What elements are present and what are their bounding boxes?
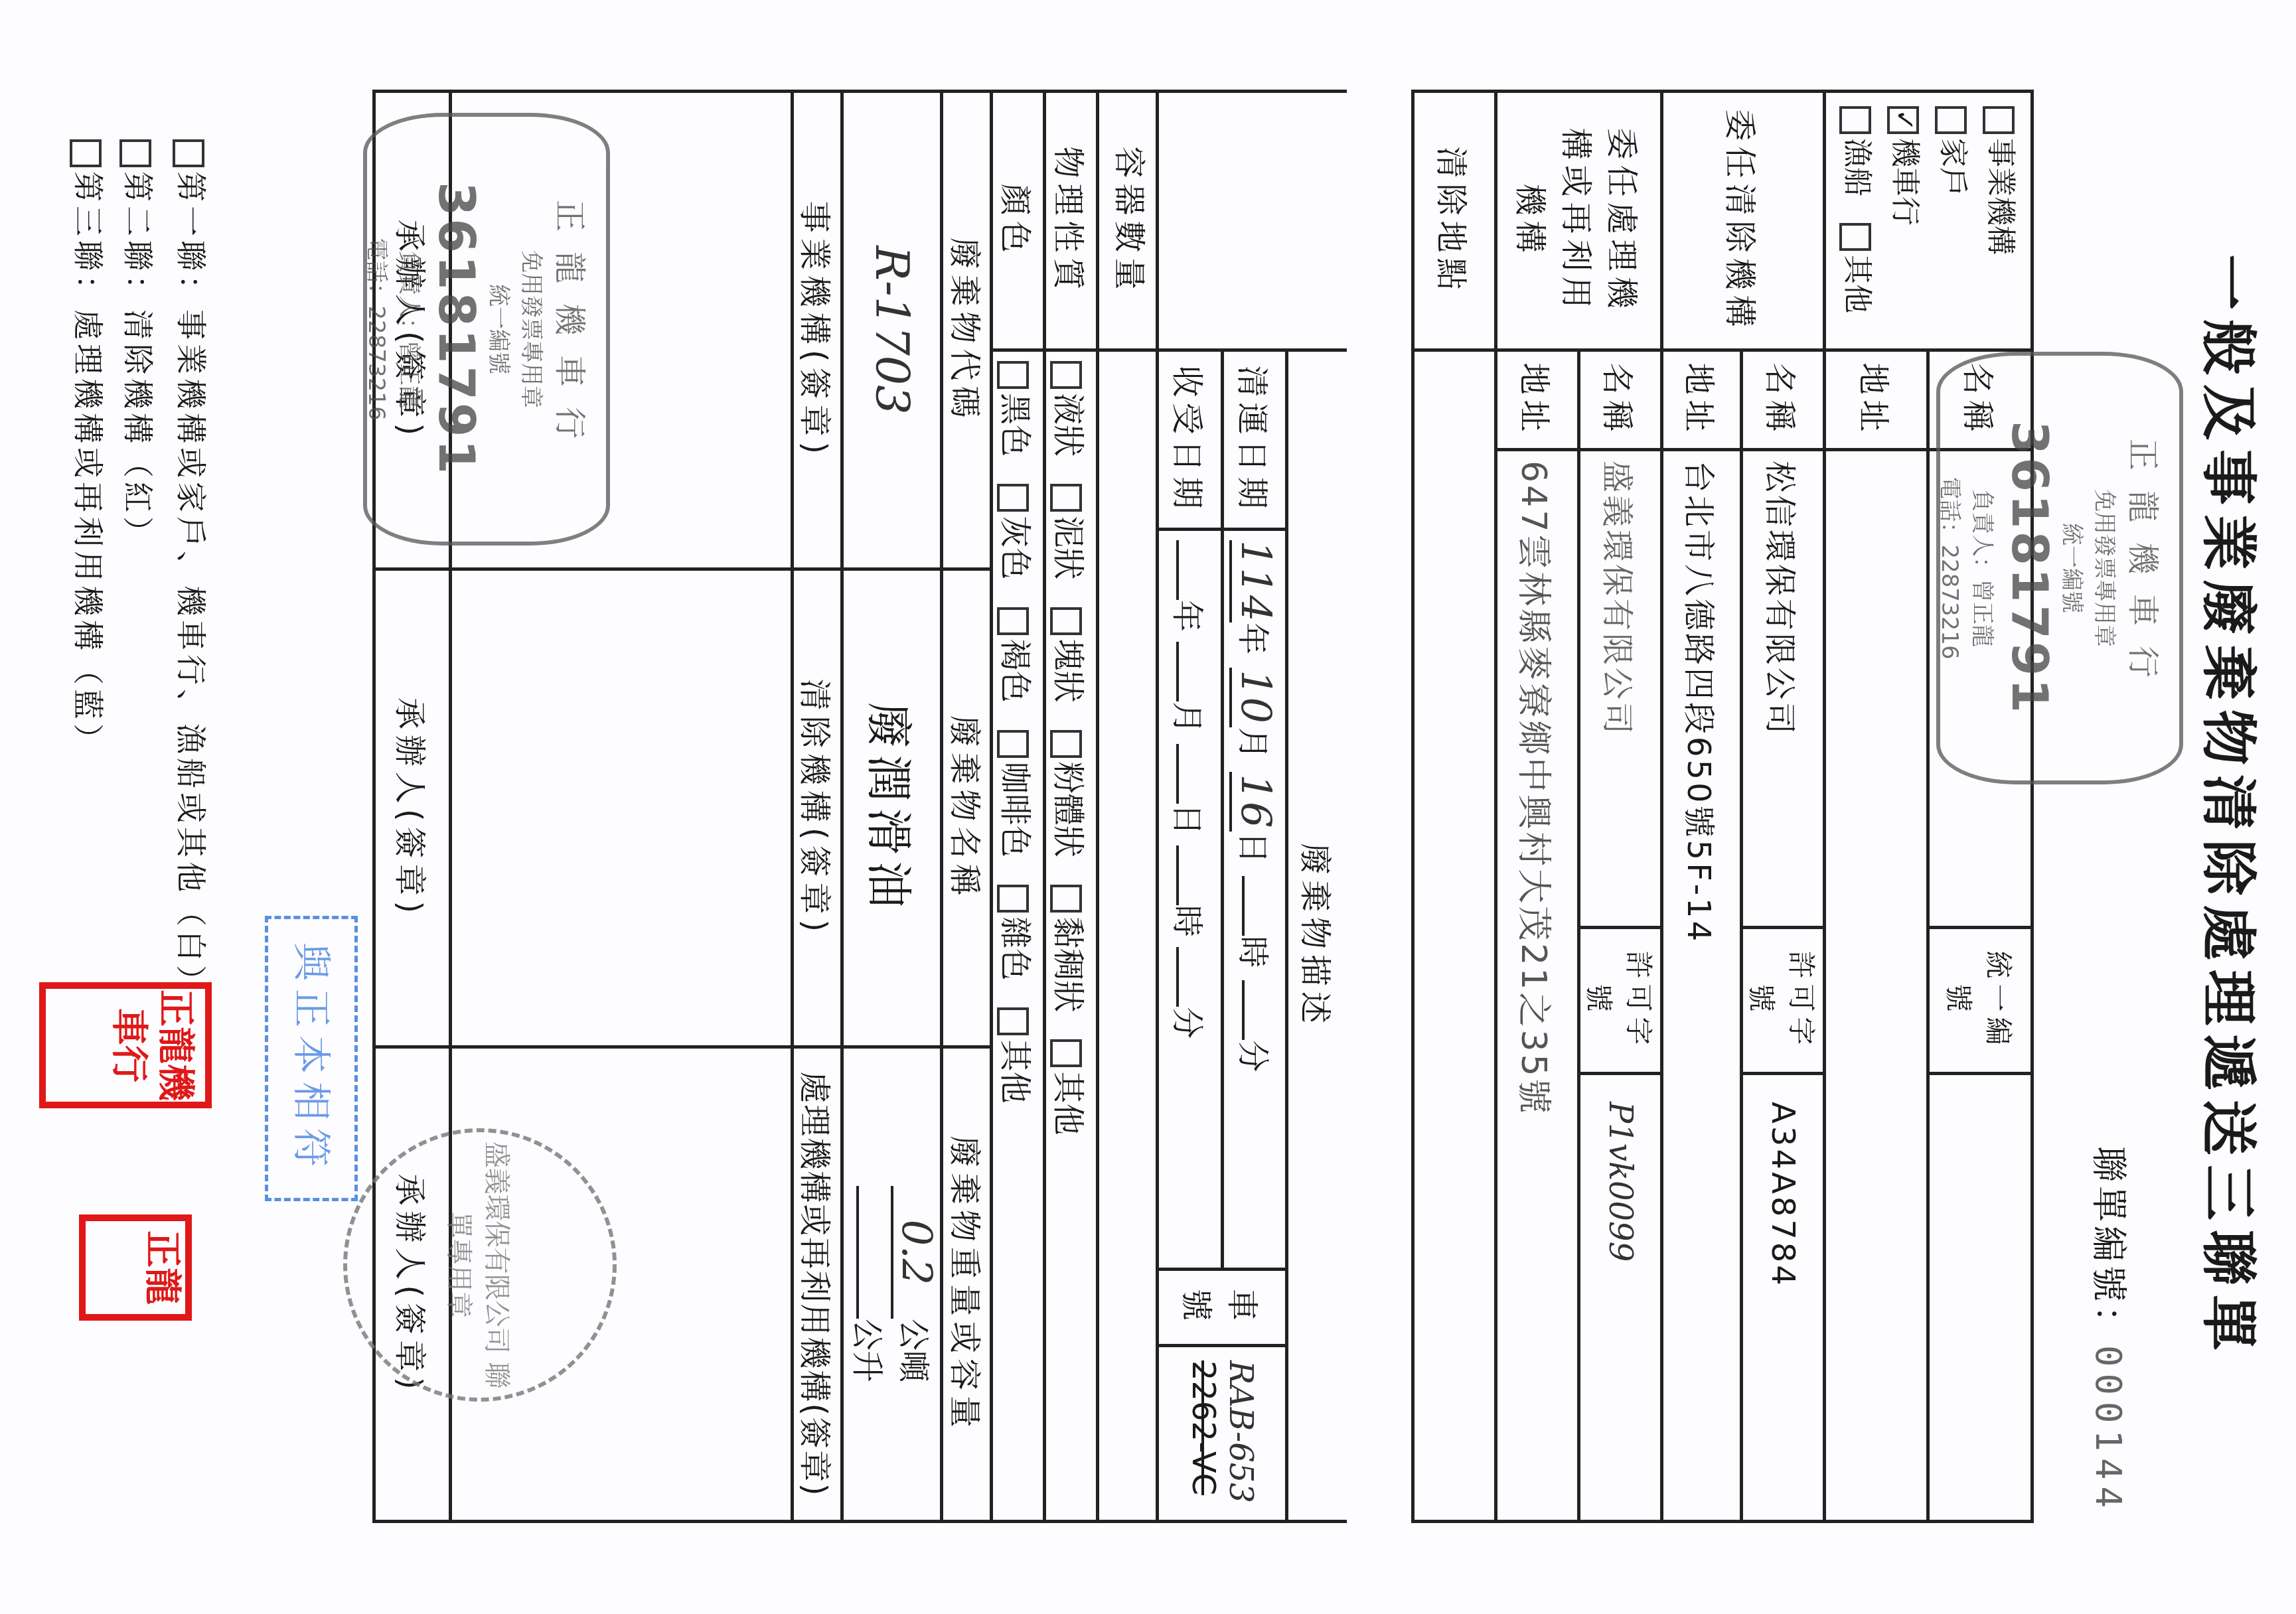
generator-type-cell: 事業機構 家戶 ✓機車行 漁船 其他 bbox=[1825, 92, 2032, 350]
generator-option-household[interactable]: 家戶 bbox=[1936, 106, 1969, 196]
shop-stamp-generator: 正龍機車行 免用發票專用章 統一編號 36181791 負責人：曾正龍 電話：2… bbox=[363, 113, 610, 546]
cleaner-signature-label: 清除機構(簽章) bbox=[793, 569, 842, 1047]
waste-desc-header: 廢棄物描述 bbox=[1287, 350, 1347, 1522]
blank-left bbox=[1158, 92, 1347, 350]
color-option[interactable]: 褐色 bbox=[997, 607, 1034, 703]
color-option[interactable]: 咖啡色 bbox=[997, 730, 1034, 857]
generator-address-field[interactable] bbox=[1825, 450, 1929, 1522]
waste-weight-label: 廢棄物重量或容量 bbox=[942, 1047, 992, 1522]
generator-uid-label: 統一編號 bbox=[1928, 928, 2032, 1074]
checkbox[interactable] bbox=[1935, 106, 1967, 134]
physical-option[interactable]: 泥狀 bbox=[1050, 484, 1087, 579]
cleaner-signature-area[interactable] bbox=[451, 569, 793, 1047]
recv-date-field[interactable]: 年 月 日 時 分 bbox=[1158, 530, 1223, 1270]
generator-option-business[interactable]: 事業機構 bbox=[1983, 106, 2017, 255]
physical-label: 物理性質 bbox=[1045, 92, 1098, 350]
cleaner-name-label: 名稱 bbox=[1742, 350, 1825, 450]
copy-2-note: 第二聯：清除機構（紅） bbox=[118, 139, 162, 551]
physical-option[interactable]: 其他 bbox=[1050, 1039, 1087, 1135]
waste-weight-field[interactable]: 0.2公噸 公升 bbox=[842, 1047, 942, 1522]
plate-cell: 車號 RAB-653 2262-VC bbox=[1158, 1270, 1287, 1522]
waste-attributes-table: 容器數量 物理性質 液狀 泥狀 塊狀 粉體狀 黏稠狀 其他 顏色 黑色 灰色 褐… bbox=[990, 90, 1165, 1523]
checkbox[interactable] bbox=[1839, 223, 1871, 251]
color-option[interactable]: 灰色 bbox=[997, 484, 1034, 579]
physical-option[interactable]: 黏稠狀 bbox=[1050, 885, 1087, 1012]
processor-name-value[interactable]: 盛義環保有限公司 bbox=[1579, 450, 1662, 928]
physical-option[interactable]: 粉體狀 bbox=[1050, 730, 1087, 857]
clear-date-field[interactable]: 114年 10月 16日 時 分 bbox=[1223, 530, 1288, 1270]
checkbox[interactable] bbox=[1839, 106, 1871, 134]
physical-option[interactable]: 塊狀 bbox=[1050, 607, 1087, 703]
clear-location-field[interactable] bbox=[1413, 350, 1496, 1522]
copy-3-note: 第三聯：處理機構或再利用機構（藍） bbox=[68, 139, 112, 758]
processor-round-seal: 盛義環保有限公司 聯單專用章 bbox=[343, 1128, 617, 1402]
processor-name-label: 名稱 bbox=[1579, 350, 1662, 450]
physical-options: 液狀 泥狀 塊狀 粉體狀 黏稠狀 其他 bbox=[1045, 350, 1098, 1522]
red-seal-shop: 正龍機車行 bbox=[39, 982, 212, 1108]
generator-option-fishing-boat[interactable]: 漁船 bbox=[1840, 106, 1874, 196]
generator-option-motorshop[interactable]: ✓機車行 bbox=[1888, 106, 1922, 226]
recv-date-label: 收受日期 bbox=[1158, 350, 1223, 530]
plate-field[interactable]: RAB-653 2262-VC bbox=[1160, 1347, 1286, 1520]
form-title: 一般及事業廢棄物清除處理遞送三聯單 bbox=[2192, 0, 2273, 1614]
cleaner-section-label: 委任清除機構 bbox=[1662, 92, 1825, 350]
clear-date-label: 清運日期 bbox=[1223, 350, 1288, 530]
processor-address-value[interactable]: 647雲林縣麥寮鄉中興村大茂21之35號 bbox=[1496, 450, 1579, 1522]
color-option[interactable]: 雜色 bbox=[997, 885, 1034, 980]
checkbox[interactable] bbox=[1983, 106, 2015, 134]
processor-section-label: 委任處理機構或再利用機構 bbox=[1496, 92, 1662, 350]
waste-name-value[interactable]: 廢潤滑油 bbox=[842, 569, 942, 1047]
color-option[interactable]: 其他 bbox=[997, 1007, 1034, 1103]
waste-code-label: 廢棄物代碼 bbox=[942, 92, 992, 569]
color-label: 顏色 bbox=[992, 92, 1045, 350]
serial-value: 000144 bbox=[2088, 1345, 2129, 1514]
generator-address-label: 地址 bbox=[1825, 350, 1929, 450]
cleaner-permit-label: 許可字號 bbox=[1742, 928, 1825, 1074]
serial-label: 聯單編號： bbox=[2088, 1146, 2129, 1345]
clear-location-label: 清除地點 bbox=[1413, 92, 1496, 350]
processor-address-label: 地址 bbox=[1496, 350, 1579, 450]
generator-uid-field[interactable] bbox=[1928, 1074, 2032, 1522]
cleaner-permit-value[interactable]: A34A8784 bbox=[1742, 1074, 1825, 1522]
cleaner-address-label: 地址 bbox=[1662, 350, 1742, 450]
rotated-form-page: 一般及事業廢棄物清除處理遞送三聯單 聯單編號：000144 事業機構 家戶 ✓機… bbox=[0, 0, 2296, 1614]
generator-signature-label: 事業機構(簽章) bbox=[793, 92, 842, 569]
copy-1-note: 第一聯：事業機構或家戶、機車行、漁船或其他（白） bbox=[171, 139, 215, 999]
physical-option[interactable]: 液狀 bbox=[1050, 361, 1087, 457]
cleaner-name-value[interactable]: 松信環保有限公司 bbox=[1742, 450, 1825, 928]
cleaner-handler-label: 承辦人(簽章) bbox=[374, 569, 451, 1047]
color-option[interactable]: 黑色 bbox=[997, 361, 1034, 457]
plate-label: 車號 bbox=[1160, 1271, 1286, 1347]
certified-copy-stamp: 與正本相符 bbox=[265, 916, 358, 1201]
container-label: 容器數量 bbox=[1098, 92, 1164, 350]
waste-name-label: 廢棄物名稱 bbox=[942, 569, 992, 1047]
container-field[interactable] bbox=[1098, 350, 1164, 1522]
cleaner-address-value[interactable]: 台北市八德路四段650號5F-14 bbox=[1662, 450, 1742, 1522]
waste-table: 廢棄物描述 清運日期 114年 10月 16日 時 分 車號 RAB-653 2… bbox=[1156, 90, 1347, 1523]
processor-permit-label: 許可字號 bbox=[1579, 928, 1662, 1074]
processor-signature-label: 處理機構或再利用機構(簽章) bbox=[793, 1047, 842, 1522]
waste-code-value[interactable]: R-1703 bbox=[842, 92, 942, 569]
color-options: 黑色 灰色 褐色 咖啡色 雜色 其他 bbox=[992, 350, 1045, 1522]
checkbox-checked[interactable]: ✓ bbox=[1887, 106, 1919, 134]
serial-number: 聯單編號：000144 bbox=[2086, 1146, 2137, 1514]
generator-option-other[interactable]: 其他 bbox=[1840, 223, 1874, 313]
processor-permit-value[interactable]: P1vk0099 bbox=[1579, 1074, 1662, 1522]
shop-stamp-top: 正龍機車行 免用發票專用章 統一編號 36181791 負責人：曾正龍 電話：2… bbox=[1936, 352, 2183, 784]
red-seal-owner: 正龍 bbox=[79, 1214, 192, 1321]
manifest-table: 事業機構 家戶 ✓機車行 漁船 其他 名稱 統一編號 地址 委任清除機構 名稱 … bbox=[1411, 90, 2034, 1523]
